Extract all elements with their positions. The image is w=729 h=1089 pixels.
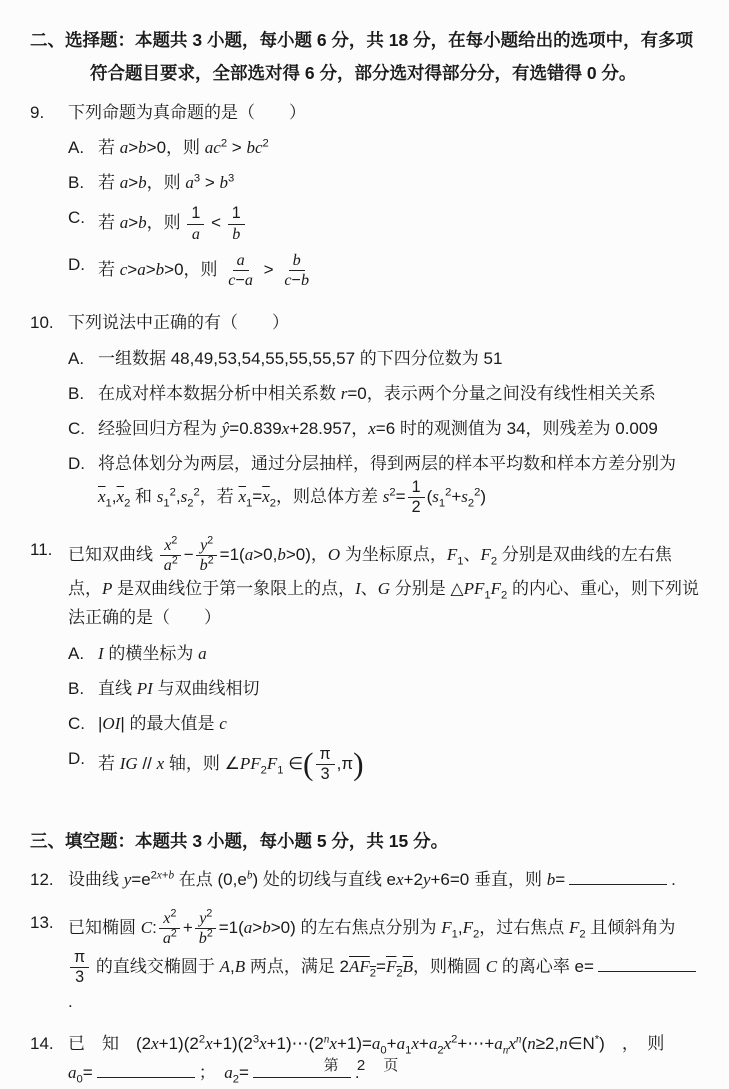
question-9-stem: 下列命题为真命题的是（ ） (68, 99, 703, 128)
option-label: A. (68, 640, 98, 668)
option-label: C. (68, 204, 98, 232)
option-content: 若 a>b>0，则 ac2 > bc2 (98, 134, 703, 162)
option-label: D. (68, 745, 98, 773)
option-label: B. (68, 675, 98, 703)
question-10-option-b: B. 在成对样本数据分析中相关系数 r=0，表示两个分量之间没有线性相关关系 (68, 380, 703, 408)
question-12-number: 12. (30, 866, 68, 895)
section-fill-blank: 三、填空题：本题共 3 小题，每小题 5 分，共 15 分。 12. 设曲线 y… (30, 825, 703, 1089)
question-10-option-c: C. 经验回归方程为 ŷ=0.839x+28.957，x=6 时的观测值为 34… (68, 415, 703, 443)
option-content: 将总体划分为两层，通过分层抽样，得到两层的样本平均数和样本方差分别为x1,x2 … (98, 450, 703, 517)
question-10-content: 下列说法中正确的有（ ） A. 一组数据 48,49,53,54,55,55,5… (68, 309, 703, 524)
option-label: D. (68, 251, 98, 279)
question-9-option-c: C. 若 a>b，则 1a < 1b (68, 204, 703, 243)
option-content: 直线 PI 与双曲线相切 (98, 675, 703, 703)
option-label: A. (68, 134, 98, 162)
option-label: C. (68, 415, 98, 443)
question-13-content: 已知椭圆 C:x2a2+y2b2=1(a>b>0) 的左右焦点分别为 F1,F2… (68, 909, 703, 1018)
option-label: C. (68, 710, 98, 738)
question-11-option-d: D. 若 IG // x 轴，则 ∠PF2F1 ∈(π3,π) (68, 745, 703, 784)
option-content: 若 c>a>b>0，则 ac−a > bc−b (98, 251, 703, 290)
question-12-content: 设曲线 y=e2x+b 在点 (0,eb) 处的切线与直线 ex+2y+6=0 … (68, 866, 703, 897)
option-label: A. (68, 345, 98, 373)
option-label: D. (68, 450, 98, 478)
option-content: I 的横坐标为 a (98, 640, 703, 668)
question-11-stem: 已知双曲线 x2a2−y2b2=1(a>0,b>0)，O 为坐标原点，F1、F2… (68, 536, 703, 633)
exam-page: 二、选择题：本题共 3 小题，每小题 6 分，共 18 分，在每小题给出的选项中… (30, 24, 703, 1089)
question-11-option-a: A. I 的横坐标为 a (68, 640, 703, 668)
question-13-number: 13. (30, 909, 68, 938)
question-9-option-d: D. 若 c>a>b>0，则 ac−a > bc−b (68, 251, 703, 290)
question-9-option-b: B. 若 a>b，则 a3 > b3 (68, 169, 703, 197)
option-content: 在成对样本数据分析中相关系数 r=0，表示两个分量之间没有线性相关关系 (98, 380, 703, 408)
option-label: B. (68, 380, 98, 408)
section-fill-header: 三、填空题：本题共 3 小题，每小题 5 分，共 15 分。 (30, 825, 703, 858)
section-choice-header: 二、选择题：本题共 3 小题，每小题 6 分，共 18 分，在每小题给出的选项中… (30, 24, 703, 91)
section-multiple-choice: 二、选择题：本题共 3 小题，每小题 6 分，共 18 分，在每小题给出的选项中… (30, 24, 703, 791)
page-footer: 第 2 页 (0, 1054, 729, 1075)
question-11: 11. 已知双曲线 x2a2−y2b2=1(a>0,b>0)，O 为坐标原点，F… (30, 536, 703, 791)
option-content: 一组数据 48,49,53,54,55,55,55,57 的下四分位数为 51 (98, 345, 703, 373)
question-10: 10. 下列说法中正确的有（ ） A. 一组数据 48,49,53,54,55,… (30, 309, 703, 524)
option-content: 若 a>b，则 1a < 1b (98, 204, 703, 243)
option-content: 若 a>b，则 a3 > b3 (98, 169, 703, 197)
question-10-stem: 下列说法中正确的有（ ） (68, 309, 703, 338)
question-11-number: 11. (30, 536, 68, 565)
question-13-stem: 已知椭圆 C:x2a2+y2b2=1(a>b>0) 的左右焦点分别为 F1,F2… (68, 909, 703, 1016)
question-9-content: 下列命题为真命题的是（ ） A. 若 a>b>0，则 ac2 > bc2 B. … (68, 99, 703, 297)
question-10-number: 10. (30, 309, 68, 338)
question-11-option-c: C. |OI| 的最大值是 c (68, 710, 703, 738)
question-11-content: 已知双曲线 x2a2−y2b2=1(a>0,b>0)，O 为坐标原点，F1、F2… (68, 536, 703, 791)
question-12-stem: 设曲线 y=e2x+b 在点 (0,eb) 处的切线与直线 ex+2y+6=0 … (68, 866, 703, 895)
option-label: B. (68, 169, 98, 197)
question-9-number: 9. (30, 99, 68, 128)
question-11-option-b: B. 直线 PI 与双曲线相切 (68, 675, 703, 703)
option-content: 经验回归方程为 ŷ=0.839x+28.957，x=6 时的观测值为 34，则残… (98, 415, 703, 443)
question-9-option-a: A. 若 a>b>0，则 ac2 > bc2 (68, 134, 703, 162)
option-content: |OI| 的最大值是 c (98, 710, 703, 738)
question-10-option-a: A. 一组数据 48,49,53,54,55,55,55,57 的下四分位数为 … (68, 345, 703, 373)
option-content: 若 IG // x 轴，则 ∠PF2F1 ∈(π3,π) (98, 745, 703, 784)
question-9: 9. 下列命题为真命题的是（ ） A. 若 a>b>0，则 ac2 > bc2 … (30, 99, 703, 297)
question-12: 12. 设曲线 y=e2x+b 在点 (0,eb) 处的切线与直线 ex+2y+… (30, 866, 703, 897)
question-13: 13. 已知椭圆 C:x2a2+y2b2=1(a>b>0) 的左右焦点分别为 F… (30, 909, 703, 1018)
question-10-option-d: D. 将总体划分为两层，通过分层抽样，得到两层的样本平均数和样本方差分别为x1,… (68, 450, 703, 517)
